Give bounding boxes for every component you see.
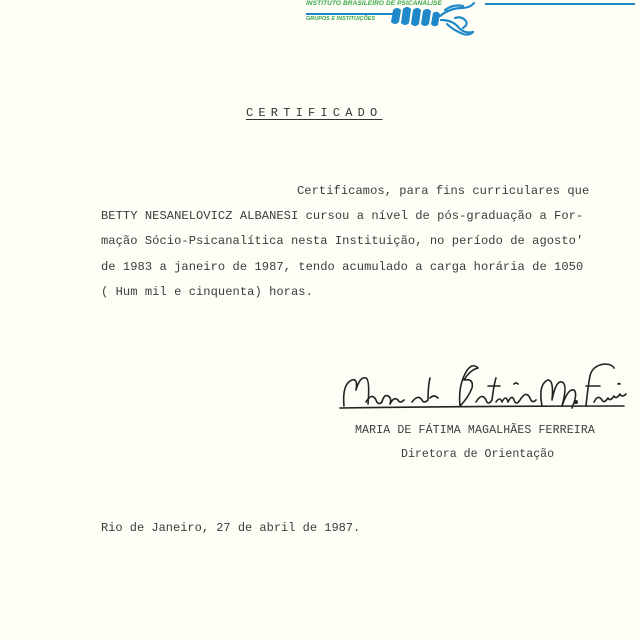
handwritten-signature [338,362,628,417]
rope-knot-icon [385,0,495,40]
body-line: BETTY NESANELOVICZ ALBANESI cursou a nív… [101,209,583,223]
signer-role: Diretora de Orientação [401,448,554,461]
document-title: CERTIFICADO [246,106,382,120]
body-line: ( Hum mil e cinquenta) horas. [101,285,313,299]
body-line: de 1983 a janeiro de 1987, tendo acumula… [101,260,583,274]
place-and-date: Rio de Janeiro, 27 de abril de 1987. [101,521,360,535]
body-line: Certificamos, para fins curriculares que [297,184,589,198]
institution-subtitle: GRUPOS E INSTITUIÇÕES [306,16,375,22]
letterhead: INSTITUTO BRASILEIRO DE PSICANÁLISE GRUP… [0,0,640,45]
body-line: mação Sócio-Psicanalítica nesta Institui… [101,234,583,248]
letterhead-rule-left [306,13,396,15]
signer-name: MARIA DE FÁTIMA MAGALHÃES FERREIRA [355,424,595,437]
letterhead-rule-right [485,3,635,5]
